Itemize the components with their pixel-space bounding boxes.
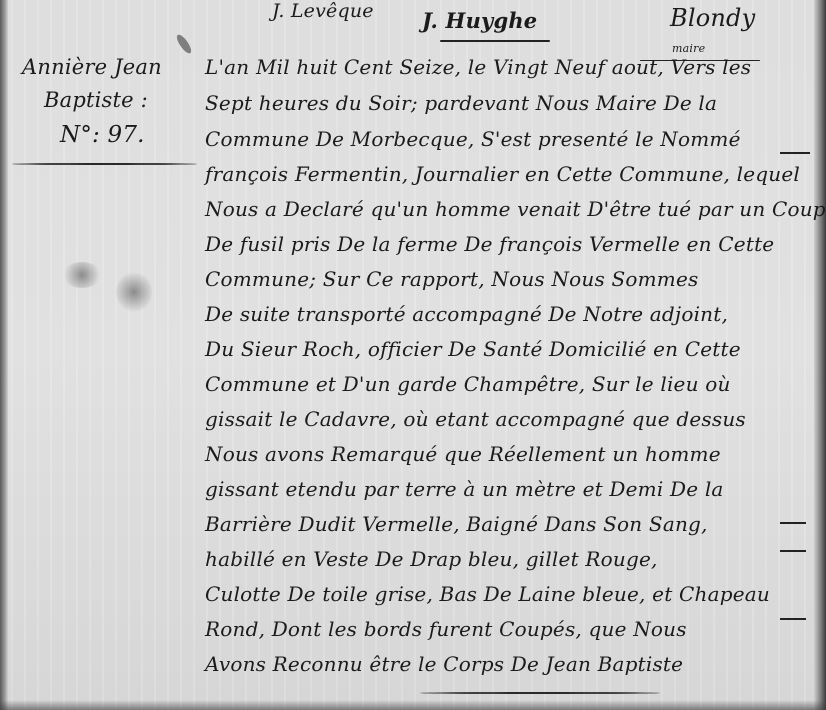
record-line: Nous a Declaré qu'un homme venait D'être…: [205, 197, 826, 221]
margin-record-number: N°: 97.: [60, 122, 145, 148]
record-line: Sept heures du Soir; pardevant Nous Mair…: [205, 91, 717, 115]
record-line: Culotte De toile grise, Bas De Laine ble…: [205, 582, 770, 606]
margin-flourish: [12, 163, 197, 165]
record-line: gissait le Cadavre, où etant accompagné …: [205, 407, 746, 431]
record-line: Commune et D'un garde Champêtre, Sur le …: [205, 372, 731, 396]
signature-leveque: J. Levêque: [272, 0, 374, 22]
signature-mayor-title: maire: [672, 42, 705, 55]
record-line: françois Fermentin, Journalier en Cette …: [205, 162, 800, 186]
line-fill-dash: [780, 522, 806, 524]
signature-mayor: Blondy: [670, 4, 755, 32]
ink-smudge: [62, 262, 102, 288]
record-line: Commune; Sur Ce rapport, Nous Nous Somme…: [205, 267, 698, 291]
line-fill-dash: [780, 618, 806, 620]
page-left-edge-shadow: [0, 0, 8, 710]
record-line: gissant etendu par terre à un mètre et D…: [205, 477, 724, 501]
record-line: De fusil pris De la ferme De françois Ve…: [205, 232, 774, 256]
record-line: Nous avons Remarqué que Réellement un ho…: [205, 442, 721, 466]
record-line: Du Sieur Roch, officier De Santé Domicil…: [205, 337, 741, 361]
record-line: L'an Mil huit Cent Seize, le Vingt Neuf …: [205, 55, 751, 79]
document-page: J. Levêque J. Huyghe Blondy maire Annièr…: [0, 0, 826, 710]
record-line: Commune De Morbecque, S'est presenté le …: [205, 127, 741, 151]
record-line: habillé en Veste De Drap bleu, gillet Ro…: [205, 547, 658, 571]
signature-huyghe-underline: [440, 40, 550, 42]
record-line: Barrière Dudit Vermelle, Baigné Dans Son…: [205, 512, 708, 536]
ink-smudge: [116, 272, 152, 312]
page-bottom-edge-shadow: [0, 700, 826, 710]
signature-huyghe: J. Huyghe: [422, 8, 537, 33]
closing-flourish: [420, 692, 660, 694]
line-fill-dash: [780, 152, 810, 154]
margin-name-line-2: Baptiste :: [44, 88, 148, 112]
page-right-edge-shadow: [814, 0, 826, 710]
ink-blot: [174, 33, 193, 56]
record-line: Avons Reconnu être le Corps De Jean Bapt…: [205, 652, 683, 676]
margin-name-line-1: Annière Jean: [22, 55, 162, 79]
record-line: Rond, Dont les bords furent Coupés, que …: [205, 617, 687, 641]
record-line: De suite transporté accompagné De Notre …: [205, 302, 728, 326]
line-fill-dash: [780, 550, 806, 552]
